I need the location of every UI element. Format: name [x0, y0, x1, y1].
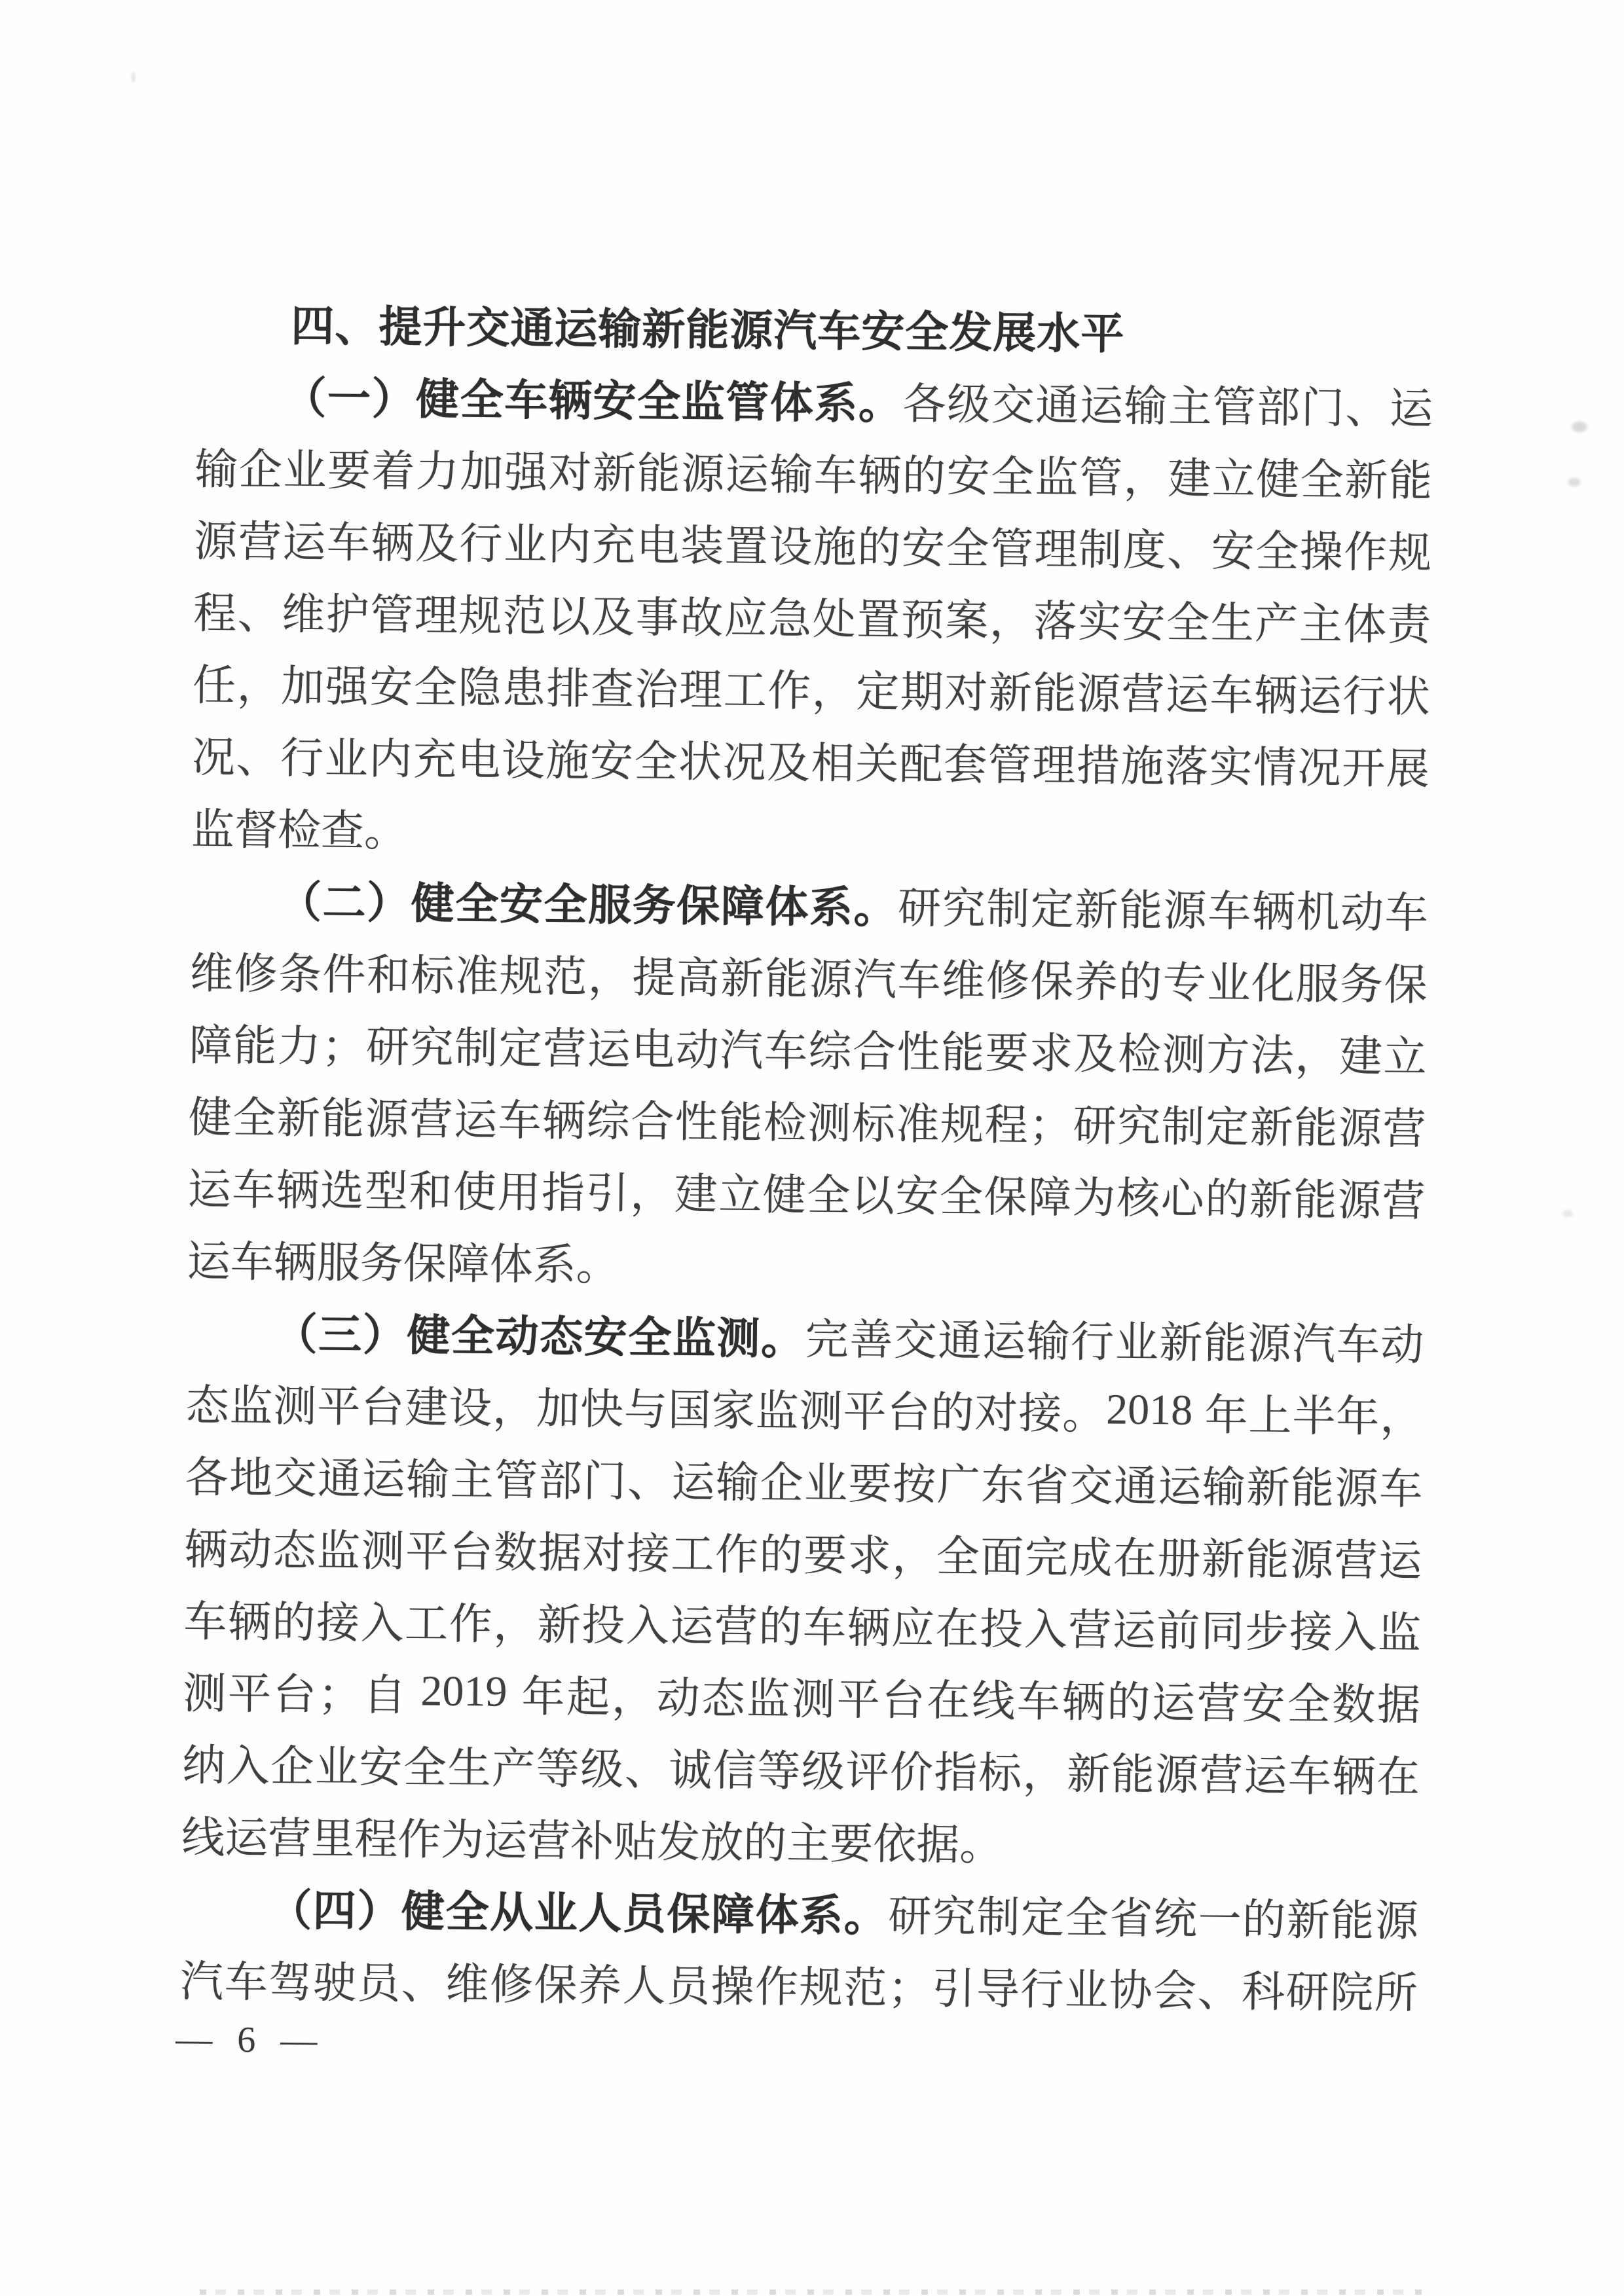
body-lines: （一）健全车辆安全监管体系。各级交通运输主管部门、运输企业要着力加强对新能源运输…	[180, 357, 1433, 2025]
scan-speck	[1572, 422, 1587, 432]
text-line-16: 各地交通运输主管部门、运输企业要按广东省交通运输新能源车	[185, 1437, 1423, 1521]
scan-speck	[1568, 478, 1581, 486]
bottom-edge-bleed-through	[200, 2289, 1428, 2295]
text-line-3: 源营运车辆及行业内充电装置设施的安全管理制度、安全操作规	[194, 501, 1432, 585]
text-line-10: 障能力；研究制定营运电动汽车综合性能要求及检测方法，建立	[189, 1005, 1427, 1089]
text-line-14: （三）健全动态安全监测。完善交通运输行业新能源汽车动	[186, 1293, 1424, 1377]
text-line-1: （一）健全车辆安全监管体系。各级交通运输主管部门、运	[195, 357, 1433, 441]
text-line-6: 况、行业内充电设施安全状况及相关配套管理措施落实情况开展	[192, 717, 1430, 801]
text-line-2: 输企业要着力加强对新能源运输车辆的安全监管，建立健全新能	[194, 429, 1433, 513]
text-line-5: 任，加强安全隐患排查治理工作，定期对新能源营运车辆运行状	[193, 645, 1431, 729]
text-line-18: 车辆的接入工作，新投入运营的车辆应在投入营运前同步接入监	[183, 1581, 1422, 1665]
text-line-9: 维修条件和标准规范，提高新能源汽车维修保养的专业化服务保	[189, 933, 1428, 1017]
section-heading-text: 四、提升交通运输新能源汽车安全发展水平	[291, 291, 1125, 361]
text-line-23: 汽车驾驶员、维修保养人员操作规范；引导行业协会、科研院所	[180, 1941, 1418, 2025]
text-line-7: 监督检查。	[191, 789, 1430, 873]
text-line-12: 运车辆选型和使用指引，建立健全以安全保障为核心的新能源营	[187, 1149, 1426, 1233]
text-line-17: 辆动态监测平台数据对接工作的要求，全面完成在册新能源营运	[184, 1509, 1422, 1593]
page-number: — 6 —	[175, 2018, 319, 2062]
text-line-4: 程、维护管理规范以及事故应急处置预案，落实安全生产主体责	[193, 573, 1431, 657]
text-line-15: 态监测平台建设，加快与国家监测平台的对接。2018 年上半年，	[185, 1365, 1424, 1449]
text-line-22: （四）健全从业人员保障体系。研究制定全省统一的新能源	[181, 1869, 1419, 1953]
scanned-document-page: 四、提升交通运输新能源汽车安全发展水平 （一）健全车辆安全监管体系。各级交通运输…	[0, 0, 1624, 2296]
text-line-20: 纳入企业安全生产等级、诚信等级评价指标，新能源营运车辆在	[182, 1725, 1420, 1809]
text-line-8: （二）健全安全服务保障体系。研究制定新能源车辆机动车	[190, 861, 1428, 945]
scan-speck	[1562, 1210, 1573, 1217]
text-line-11: 健全新能源营运车辆综合性能检测标准规程；研究制定新能源营	[188, 1077, 1426, 1161]
text-block: 四、提升交通运输新能源汽车安全发展水平 （一）健全车辆安全监管体系。各级交通运输…	[180, 285, 1434, 2025]
section-heading: 四、提升交通运输新能源汽车安全发展水平	[196, 285, 1434, 369]
scan-speck	[131, 72, 136, 82]
text-line-13: 运车辆服务保障体系。	[187, 1221, 1425, 1305]
text-line-19: 测平台；自 2019 年起，动态监测平台在线车辆的运营安全数据	[183, 1653, 1421, 1737]
text-line-21: 线运营里程作为运营补贴发放的主要依据。	[181, 1797, 1420, 1881]
